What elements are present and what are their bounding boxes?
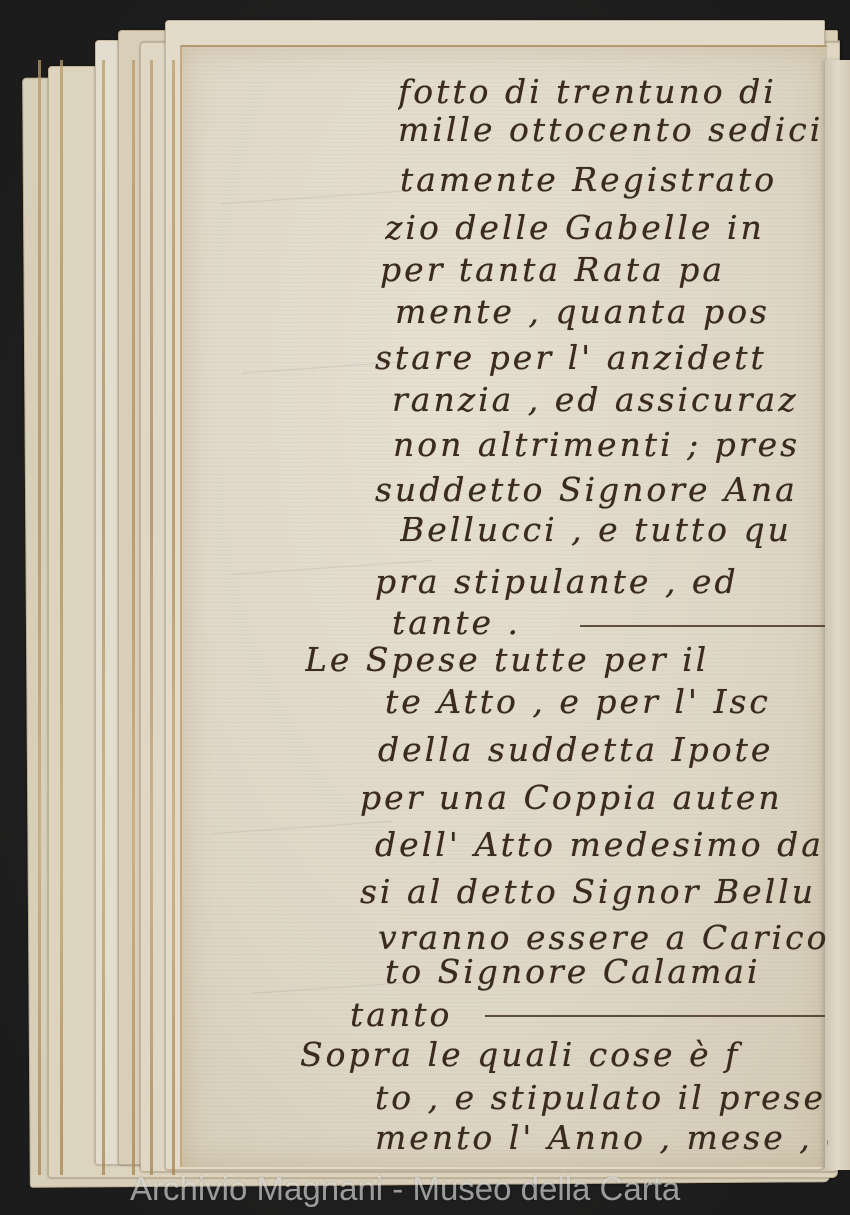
archive-watermark: Archivio Magnani - Museo della Carta xyxy=(130,1170,850,1208)
handwritten-line: si al detto Signor Bellu xyxy=(360,872,828,911)
handwritten-line: per una Coppia auten xyxy=(360,778,828,817)
handwritten-line: Sopra le quali cose è f xyxy=(300,1035,828,1074)
handwritten-line: ranzia , ed assicuraz xyxy=(392,380,828,419)
handwritten-line: non altrimenti ; pres xyxy=(393,425,828,464)
handwritten-line: to Signore Calamai xyxy=(385,952,828,991)
handwritten-line: tamente Registrato xyxy=(400,160,828,199)
handwritten-line: suddetto Signore Ana xyxy=(375,470,828,509)
handwritten-line: per tanta Rata pa xyxy=(380,250,828,289)
line-filler-rule xyxy=(580,625,825,627)
handwritten-line: tanto xyxy=(350,995,460,1034)
handwritten-line: te Atto , e per l' Isc xyxy=(385,682,828,721)
handwritten-line: to , e stipulato il presente xyxy=(375,1078,828,1117)
handwritten-line: tante . xyxy=(392,603,522,642)
handwritten-line: stare per l' anzidett xyxy=(375,338,828,377)
handwritten-line: dell' Atto medesimo da xyxy=(375,825,828,864)
handwritten-line: zio delle Gabelle in xyxy=(385,208,828,247)
handwritten-line: Le Spese tutte per il xyxy=(305,640,828,679)
manuscript-text: fotto di trentuno di mille ottocento sed… xyxy=(0,0,850,1215)
handwritten-line: mento l' Anno , mese , e xyxy=(375,1118,828,1157)
handwritten-line: Bellucci , e tutto qu xyxy=(400,510,828,549)
handwritten-line: mente , quanta pos xyxy=(395,292,828,331)
handwritten-line: mille ottocento sedici xyxy=(398,110,828,149)
line-filler-rule xyxy=(485,1015,825,1017)
handwritten-line: pra stipulante , ed xyxy=(375,562,828,601)
document-scan: fotto di trentuno di mille ottocento sed… xyxy=(0,0,850,1215)
handwritten-line: della suddetta Ipote xyxy=(378,730,828,769)
handwritten-line: fotto di trentuno di xyxy=(398,72,828,111)
